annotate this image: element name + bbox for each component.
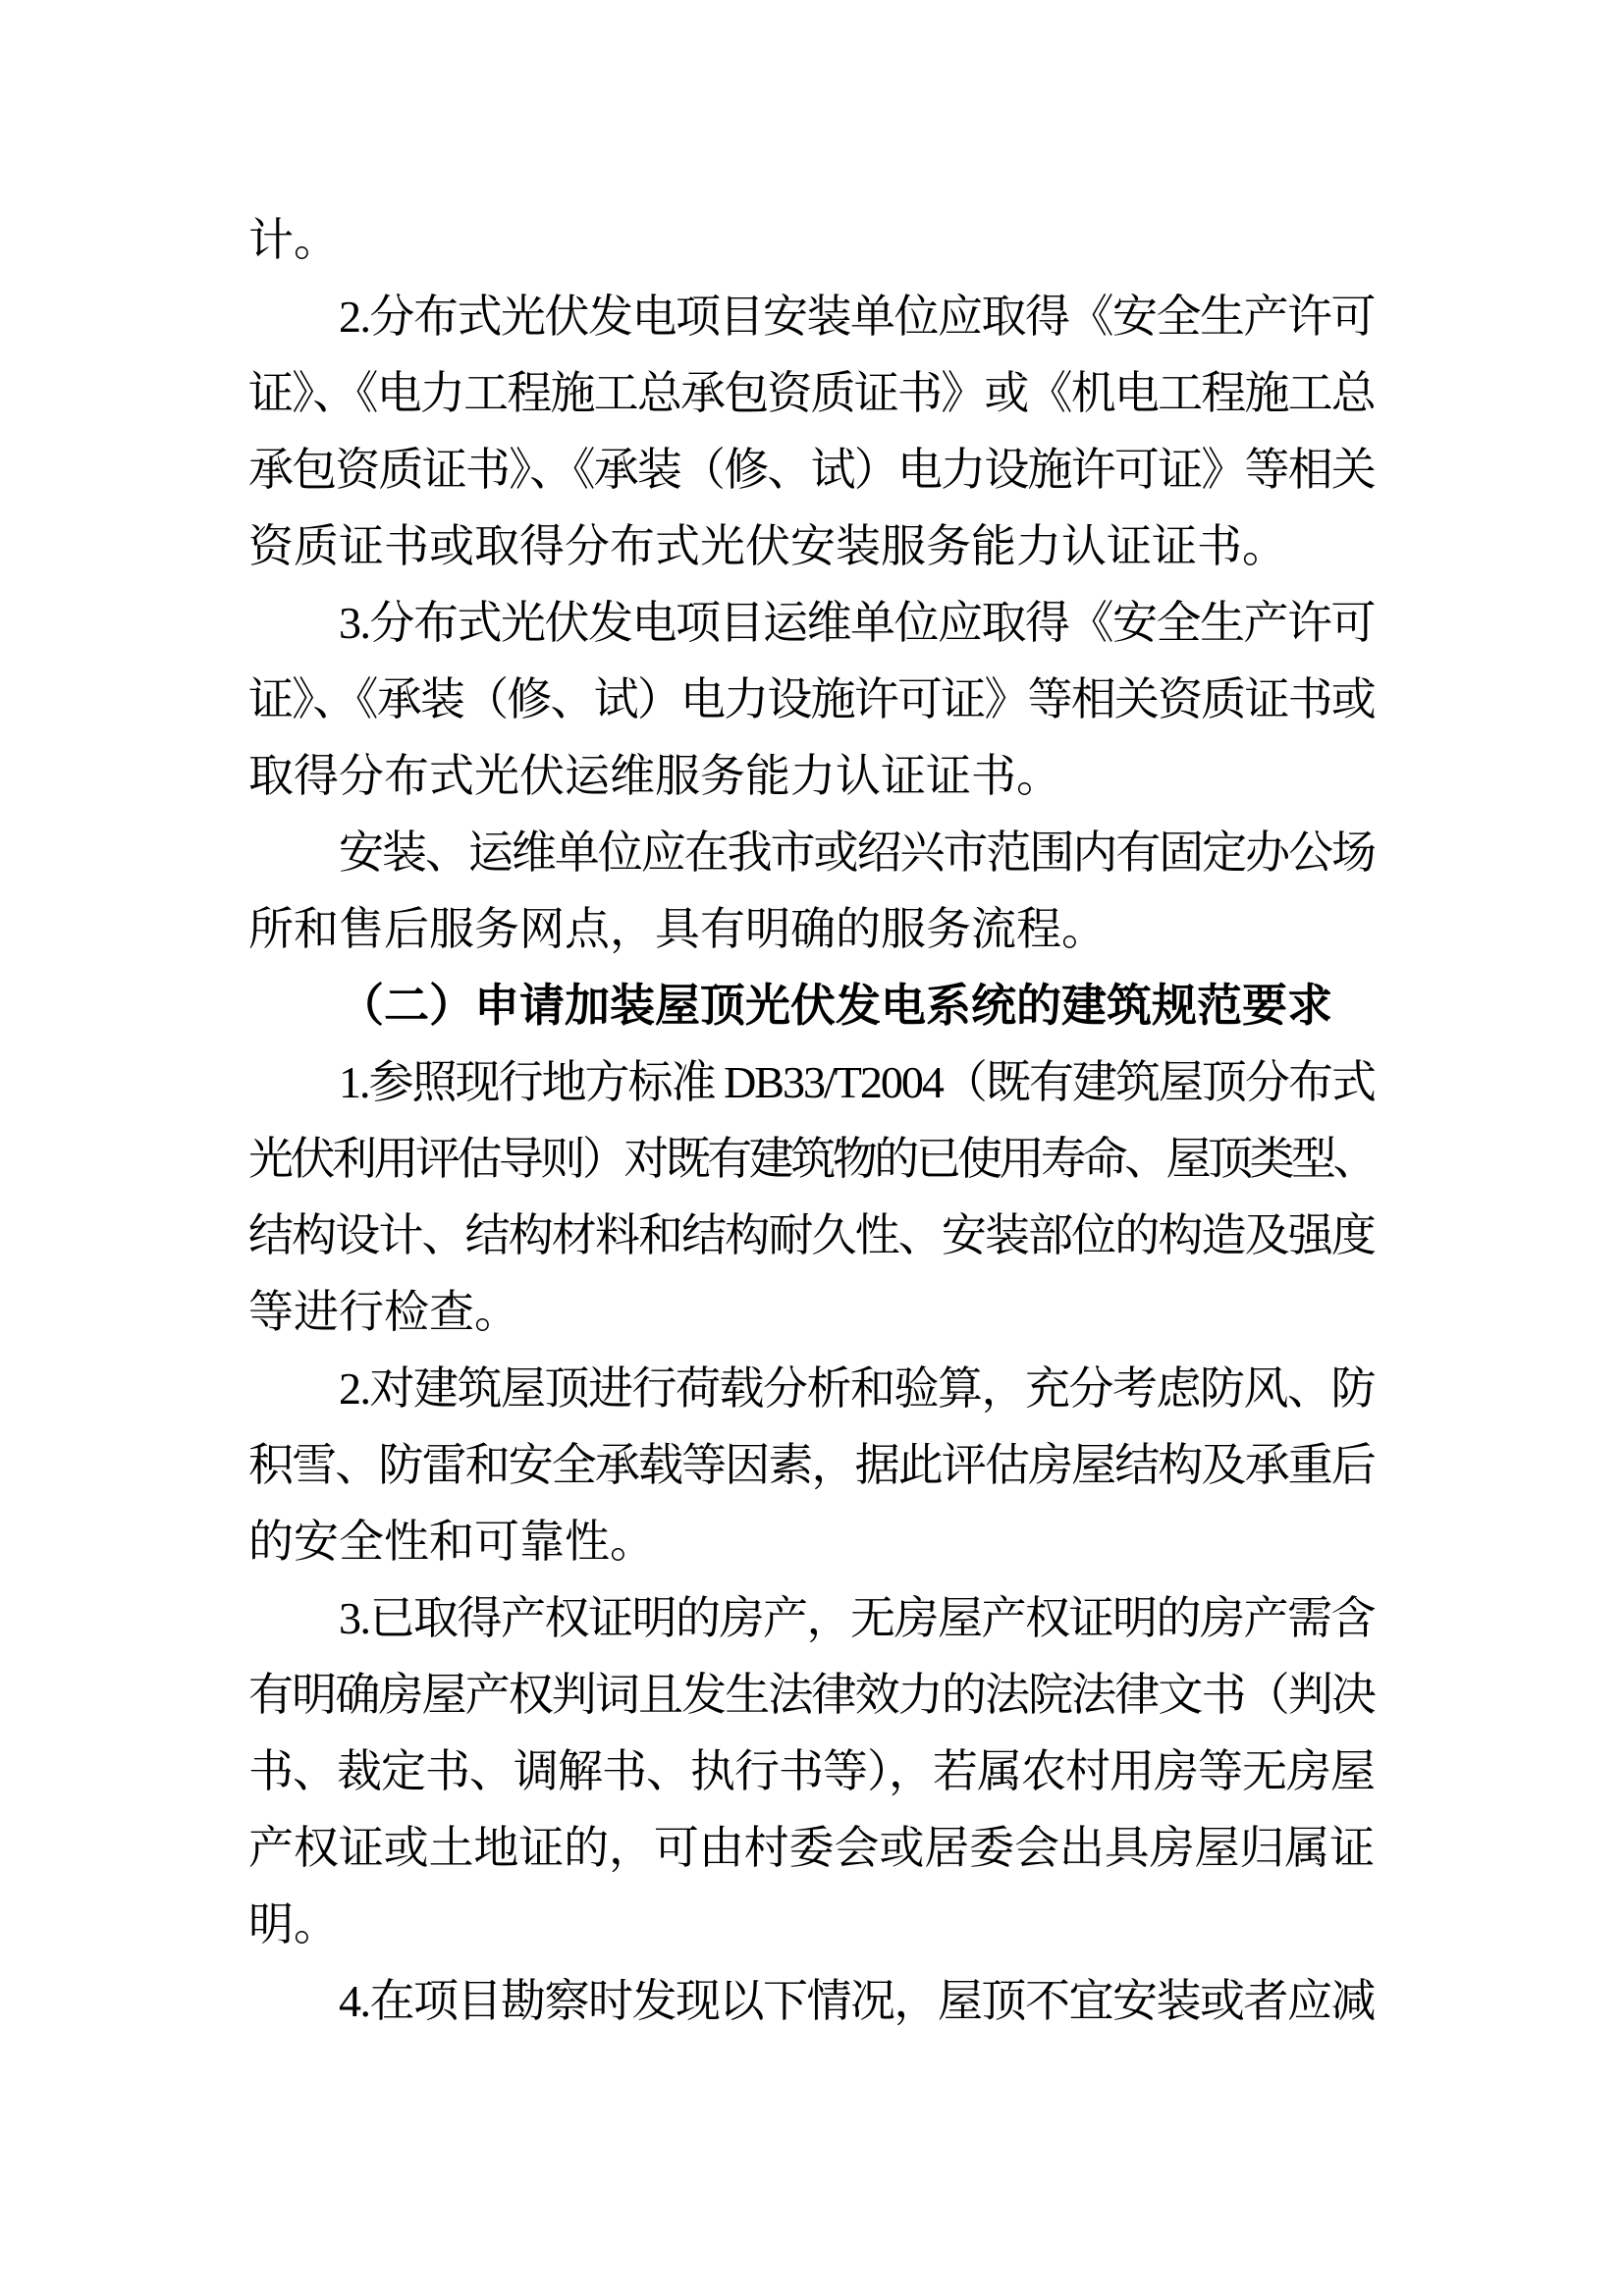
text-line-content: 书、裁定书、调解书、执行书等），若属农村用房等无房屋	[248, 1746, 1375, 1796]
text-line-content: 有明确房屋产权判词且发生法律效力的法院法律文书（判决	[248, 1670, 1375, 1720]
text-line-content: 结构设计、结构材料和结构耐久性、安装部位的构造及强度	[248, 1210, 1375, 1260]
text-line: 3.分布式光伏发电项目运维单位应取得《安全生产许可	[248, 585, 1375, 662]
text-line: 4.在项目勘察时发现以下情况，屋顶不宜安装或者应减	[248, 1963, 1375, 2040]
text-line: 的安全性和可靠性。	[248, 1504, 1375, 1580]
text-line: 有明确房屋产权判词且发生法律效力的法院法律文书（判决	[248, 1657, 1375, 1734]
text-line-content: 所和售后服务网点，具有明确的服务流程。	[248, 904, 1107, 954]
text-line-content: 光伏利用评估导则）对既有建筑物的已使用寿命、屋顶类型、	[248, 1134, 1375, 1184]
text-line: 书、裁定书、调解书、执行书等），若属农村用房等无房屋	[248, 1734, 1375, 1810]
text-line-content: 4.在项目勘察时发现以下情况，屋顶不宜安装或者应减	[339, 1976, 1375, 2026]
text-line: 等进行检查。	[248, 1274, 1375, 1351]
text-line: 承包资质证书》、《承装（修、试）电力设施许可证》等相关	[248, 432, 1375, 508]
text-line: 光伏利用评估导则）对既有建筑物的已使用寿命、屋顶类型、	[248, 1121, 1375, 1198]
text-line-content: 2.分布式光伏发电项目安装单位应取得《安全生产许可	[339, 292, 1375, 342]
text-line: 证》、《电力工程施工总承包资质证书》或《机电工程施工总	[248, 355, 1375, 432]
text-line: 2.对建筑屋顶进行荷载分析和验算，充分考虑防风、防	[248, 1351, 1375, 1427]
text-line-content: （二）申请加装屋顶光伏发电系统的建筑规范要求	[339, 981, 1332, 1031]
text-line: 1.参照现行地方标准 DB33/T2004（既有建筑屋顶分布式	[248, 1044, 1375, 1121]
text-line-content: 明。	[248, 1899, 339, 1949]
text-line: 所和售后服务网点，具有明确的服务流程。	[248, 891, 1375, 968]
text-line-content: 计。	[248, 215, 339, 265]
section-heading: （二）申请加装屋顶光伏发电系统的建筑规范要求	[248, 968, 1375, 1044]
document-page: 计。2.分布式光伏发电项目安装单位应取得《安全生产许可证》、《电力工程施工总承包…	[0, 0, 1624, 2296]
text-line-content: 3.已取得产权证明的房产，无房屋产权证明的房产需含	[339, 1593, 1375, 1643]
text-line: 结构设计、结构材料和结构耐久性、安装部位的构造及强度	[248, 1198, 1375, 1274]
document-content: 计。2.分布式光伏发电项目安装单位应取得《安全生产许可证》、《电力工程施工总承包…	[248, 202, 1375, 2040]
text-line: 3.已取得产权证明的房产，无房屋产权证明的房产需含	[248, 1580, 1375, 1657]
text-line-content: 2.对建筑屋顶进行荷载分析和验算，充分考虑防风、防	[339, 1363, 1375, 1414]
text-line-content: 承包资质证书》、《承装（修、试）电力设施许可证》等相关	[248, 445, 1375, 495]
text-line: 取得分布式光伏运维服务能力认证证书。	[248, 738, 1375, 815]
text-line-content: 资质证书或取得分布式光伏安装服务能力认证证书。	[248, 521, 1287, 571]
text-line: 积雪、防雷和安全承载等因素，据此评估房屋结构及承重后	[248, 1427, 1375, 1504]
text-line-content: 产权证或土地证的，可由村委会或居委会出具房屋归属证	[248, 1823, 1375, 1873]
text-line-content: 取得分布式光伏运维服务能力认证证书。	[248, 751, 1061, 801]
text-line: 安装、运维单位应在我市或绍兴市范围内有固定办公场	[248, 815, 1375, 891]
text-line-content: 的安全性和可靠性。	[248, 1517, 655, 1567]
text-line-content: 积雪、防雷和安全承载等因素，据此评估房屋结构及承重后	[248, 1440, 1375, 1490]
text-line-content: 安装、运维单位应在我市或绍兴市范围内有固定办公场	[339, 828, 1375, 878]
text-line: 2.分布式光伏发电项目安装单位应取得《安全生产许可	[248, 279, 1375, 355]
text-line: 证》、《承装（修、试）电力设施许可证》等相关资质证书或	[248, 662, 1375, 738]
text-line: 资质证书或取得分布式光伏安装服务能力认证证书。	[248, 508, 1375, 585]
text-line-content: 等进行检查。	[248, 1287, 519, 1337]
text-line-content: 3.分布式光伏发电项目运维单位应取得《安全生产许可	[339, 598, 1375, 648]
text-line: 计。	[248, 202, 1375, 279]
text-line-content: 1.参照现行地方标准 DB33/T2004（既有建筑屋顶分布式	[339, 1057, 1375, 1107]
text-line: 明。	[248, 1887, 1375, 1963]
text-line: 产权证或土地证的，可由村委会或居委会出具房屋归属证	[248, 1810, 1375, 1887]
text-line-content: 证》、《承装（修、试）电力设施许可证》等相关资质证书或	[248, 674, 1375, 724]
text-line-content: 证》、《电力工程施工总承包资质证书》或《机电工程施工总	[248, 368, 1375, 418]
